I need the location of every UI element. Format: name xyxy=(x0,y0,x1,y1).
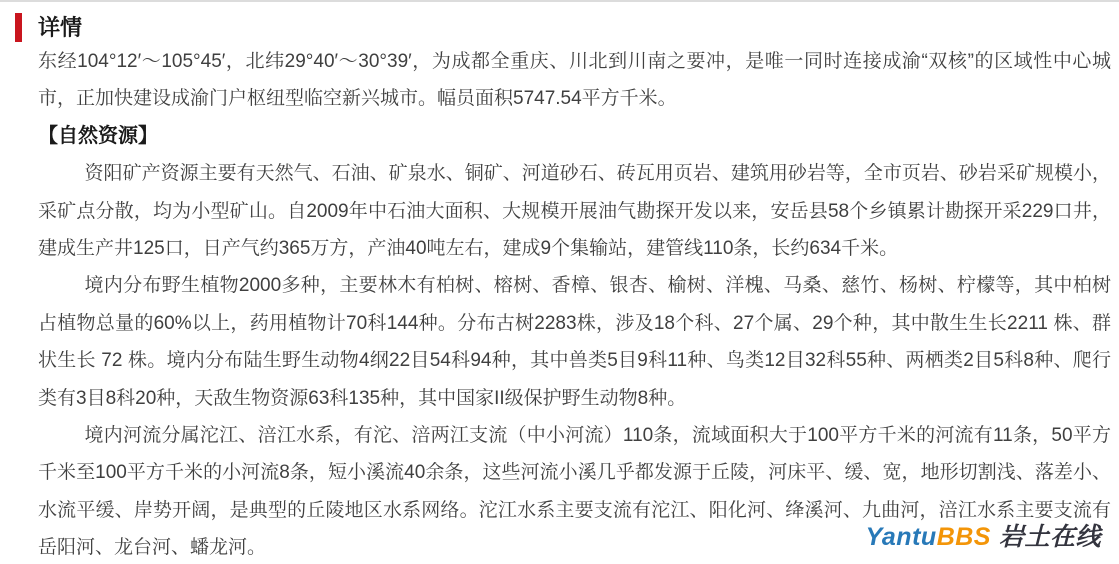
paragraph-flora-fauna: 境内分布野生植物2000多种，主要林木有柏树、榕树、香樟、银杏、榆树、洋槐、马桑… xyxy=(38,267,1111,417)
section-heading-natural-resources: 【自然资源】 xyxy=(38,118,1111,155)
watermark-yantu-text: Yantu xyxy=(866,523,937,551)
paragraph-mineral-resources: 资阳矿产资源主要有天然气、石油、矿泉水、铜矿、河道砂石、砖瓦用页岩、建筑用砂岩等… xyxy=(38,155,1111,267)
page-title-text: 详情 xyxy=(38,15,82,40)
intro-paragraph: 东经104°12′～105°45′，北纬29°40′～30°39′，为成都全重庆… xyxy=(38,43,1111,118)
watermark-bbs-text: BBS xyxy=(937,523,991,551)
article-page: 详情 东经104°12′～105°45′，北纬29°40′～30°39′，为成都… xyxy=(0,0,1119,564)
watermark-chinese-text: 岩土在线 xyxy=(999,523,1101,551)
yantubbs-watermark-logo: YantuBBS岩土在线 xyxy=(866,522,1101,552)
title-accent-bar xyxy=(15,13,22,42)
page-title: 详情 xyxy=(38,13,1111,42)
